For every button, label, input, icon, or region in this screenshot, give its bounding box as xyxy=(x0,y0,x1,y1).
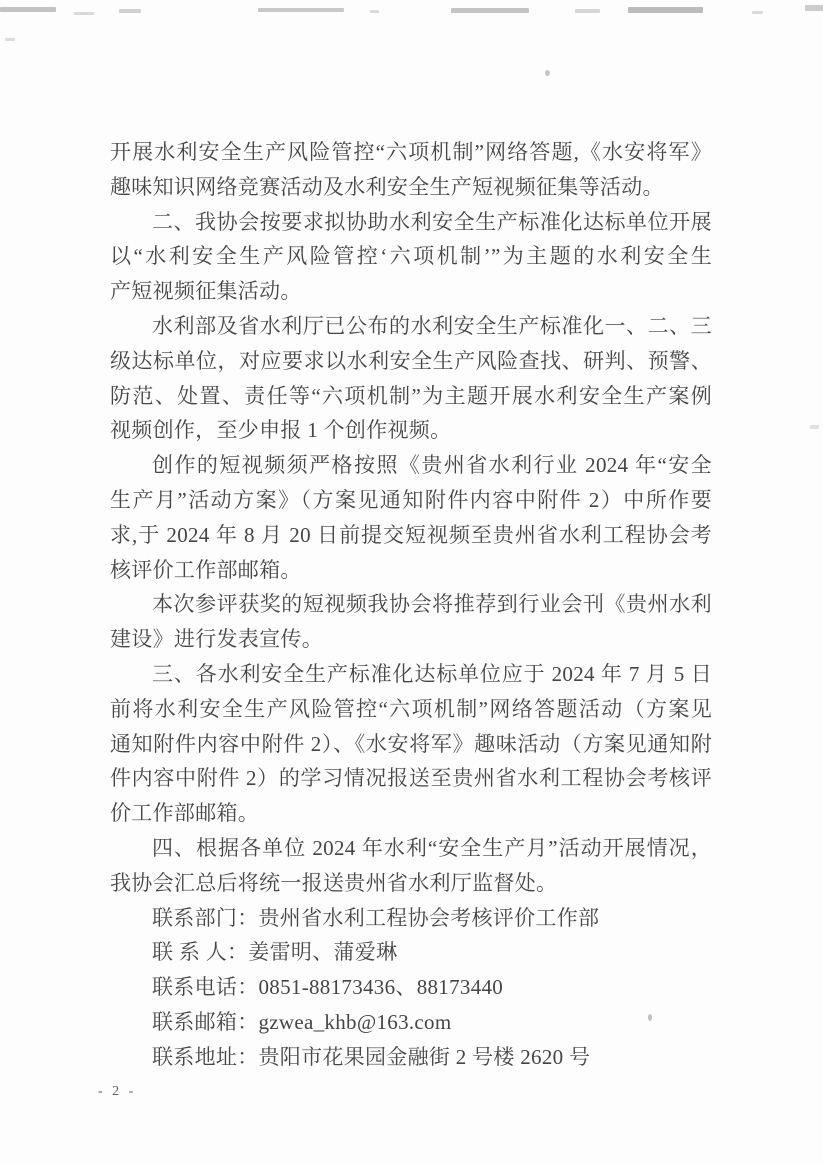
scan-noise-streak xyxy=(575,9,600,13)
text-line: 创作的短视频须严格按照《贵州省水利行业 2024 年“安全 xyxy=(110,448,712,483)
text-line: 级达标单位，对应要求以水利安全生产风险查找、研判、预警、 xyxy=(110,344,712,379)
text-line: 二、我协会按要求拟协助水利安全生产标准化达标单位开展 xyxy=(110,205,712,240)
text-line: 产短视频征集活动。 xyxy=(110,274,712,309)
text-line: 联系电话：0851-88173436、88173440 xyxy=(110,970,712,1005)
scan-speck xyxy=(810,425,819,429)
scan-speck xyxy=(545,70,550,76)
text-line: 开展水利安全生产风险管控“六项机制”网络答题,《水安将军》 xyxy=(110,135,712,170)
text-line: 水利部及省水利厅已公布的水利安全生产标准化一、二、三 xyxy=(110,309,712,344)
text-line: 求,于 2024 年 8 月 20 日前提交短视频至贵州省水利工程协会考 xyxy=(110,518,712,553)
text-line: 我协会汇总后将统一报送贵州省水利厅监督处。 xyxy=(110,866,712,901)
scan-noise-streak xyxy=(628,7,703,13)
scan-noise-streak xyxy=(74,12,94,15)
text-line: 防范、处置、责任等“六项机制”为主题开展水利安全生产案例 xyxy=(110,379,712,414)
scan-noise-streak xyxy=(258,8,344,12)
text-line: 联系部门：贵州省水利工程协会考核评价工作部 xyxy=(110,901,712,936)
document-body: 开展水利安全生产风险管控“六项机制”网络答题,《水安将军》趣味知识网络竞赛活动及… xyxy=(110,135,712,1075)
text-line: 视频创作，至少申报 1 个创作视频。 xyxy=(110,413,712,448)
scan-noise-streak xyxy=(370,10,379,13)
text-line: 联系邮箱：gzwea_khb@163.com xyxy=(110,1005,712,1040)
scan-noise-streak xyxy=(119,9,141,13)
text-line: 以“水利安全生产风险管控‘六项机制’”为主题的水利安全生 xyxy=(110,239,712,274)
text-line: 联系地址：贵阳市花果园金融街 2 号楼 2620 号 xyxy=(110,1040,712,1075)
scanned-document-page: 开展水利安全生产风险管控“六项机制”网络答题,《水安将军》趣味知识网络竞赛活动及… xyxy=(0,0,823,1164)
scan-noise-streak xyxy=(0,7,56,12)
scan-noise-streak xyxy=(805,5,823,11)
text-line: 建设》进行发表宣传。 xyxy=(110,622,712,657)
text-line: 四、根据各单位 2024 年水利“安全生产月”活动开展情况， xyxy=(110,831,712,866)
page-number: - 2 - xyxy=(98,1084,136,1100)
scan-speck xyxy=(5,38,15,41)
text-line: 联 系 人：姜雷明、蒲爱琳 xyxy=(110,935,712,970)
text-line: 通知附件内容中附件 2）、《水安将军》趣味活动（方案见通知附 xyxy=(110,727,712,762)
text-line: 趣味知识网络竞赛活动及水利安全生产短视频征集等活动。 xyxy=(110,170,712,205)
text-line: 生产月”活动方案》（方案见通知附件内容中附件 2）中所作要 xyxy=(110,483,712,518)
scan-noise-streak xyxy=(752,11,763,14)
text-line: 价工作部邮箱。 xyxy=(110,796,712,831)
text-line: 核评价工作部邮箱。 xyxy=(110,553,712,588)
text-line: 三、各水利安全生产标准化达标单位应于 2024 年 7 月 5 日 xyxy=(110,657,712,692)
text-line: 前将水利安全生产风险管控“六项机制”网络答题活动（方案见 xyxy=(110,692,712,727)
scan-noise-streak xyxy=(451,8,529,13)
text-line: 本次参评获奖的短视频我协会将推荐到行业会刊《贵州水利 xyxy=(110,587,712,622)
text-line: 件内容中附件 2）的学习情况报送至贵州省水利工程协会考核评 xyxy=(110,761,712,796)
